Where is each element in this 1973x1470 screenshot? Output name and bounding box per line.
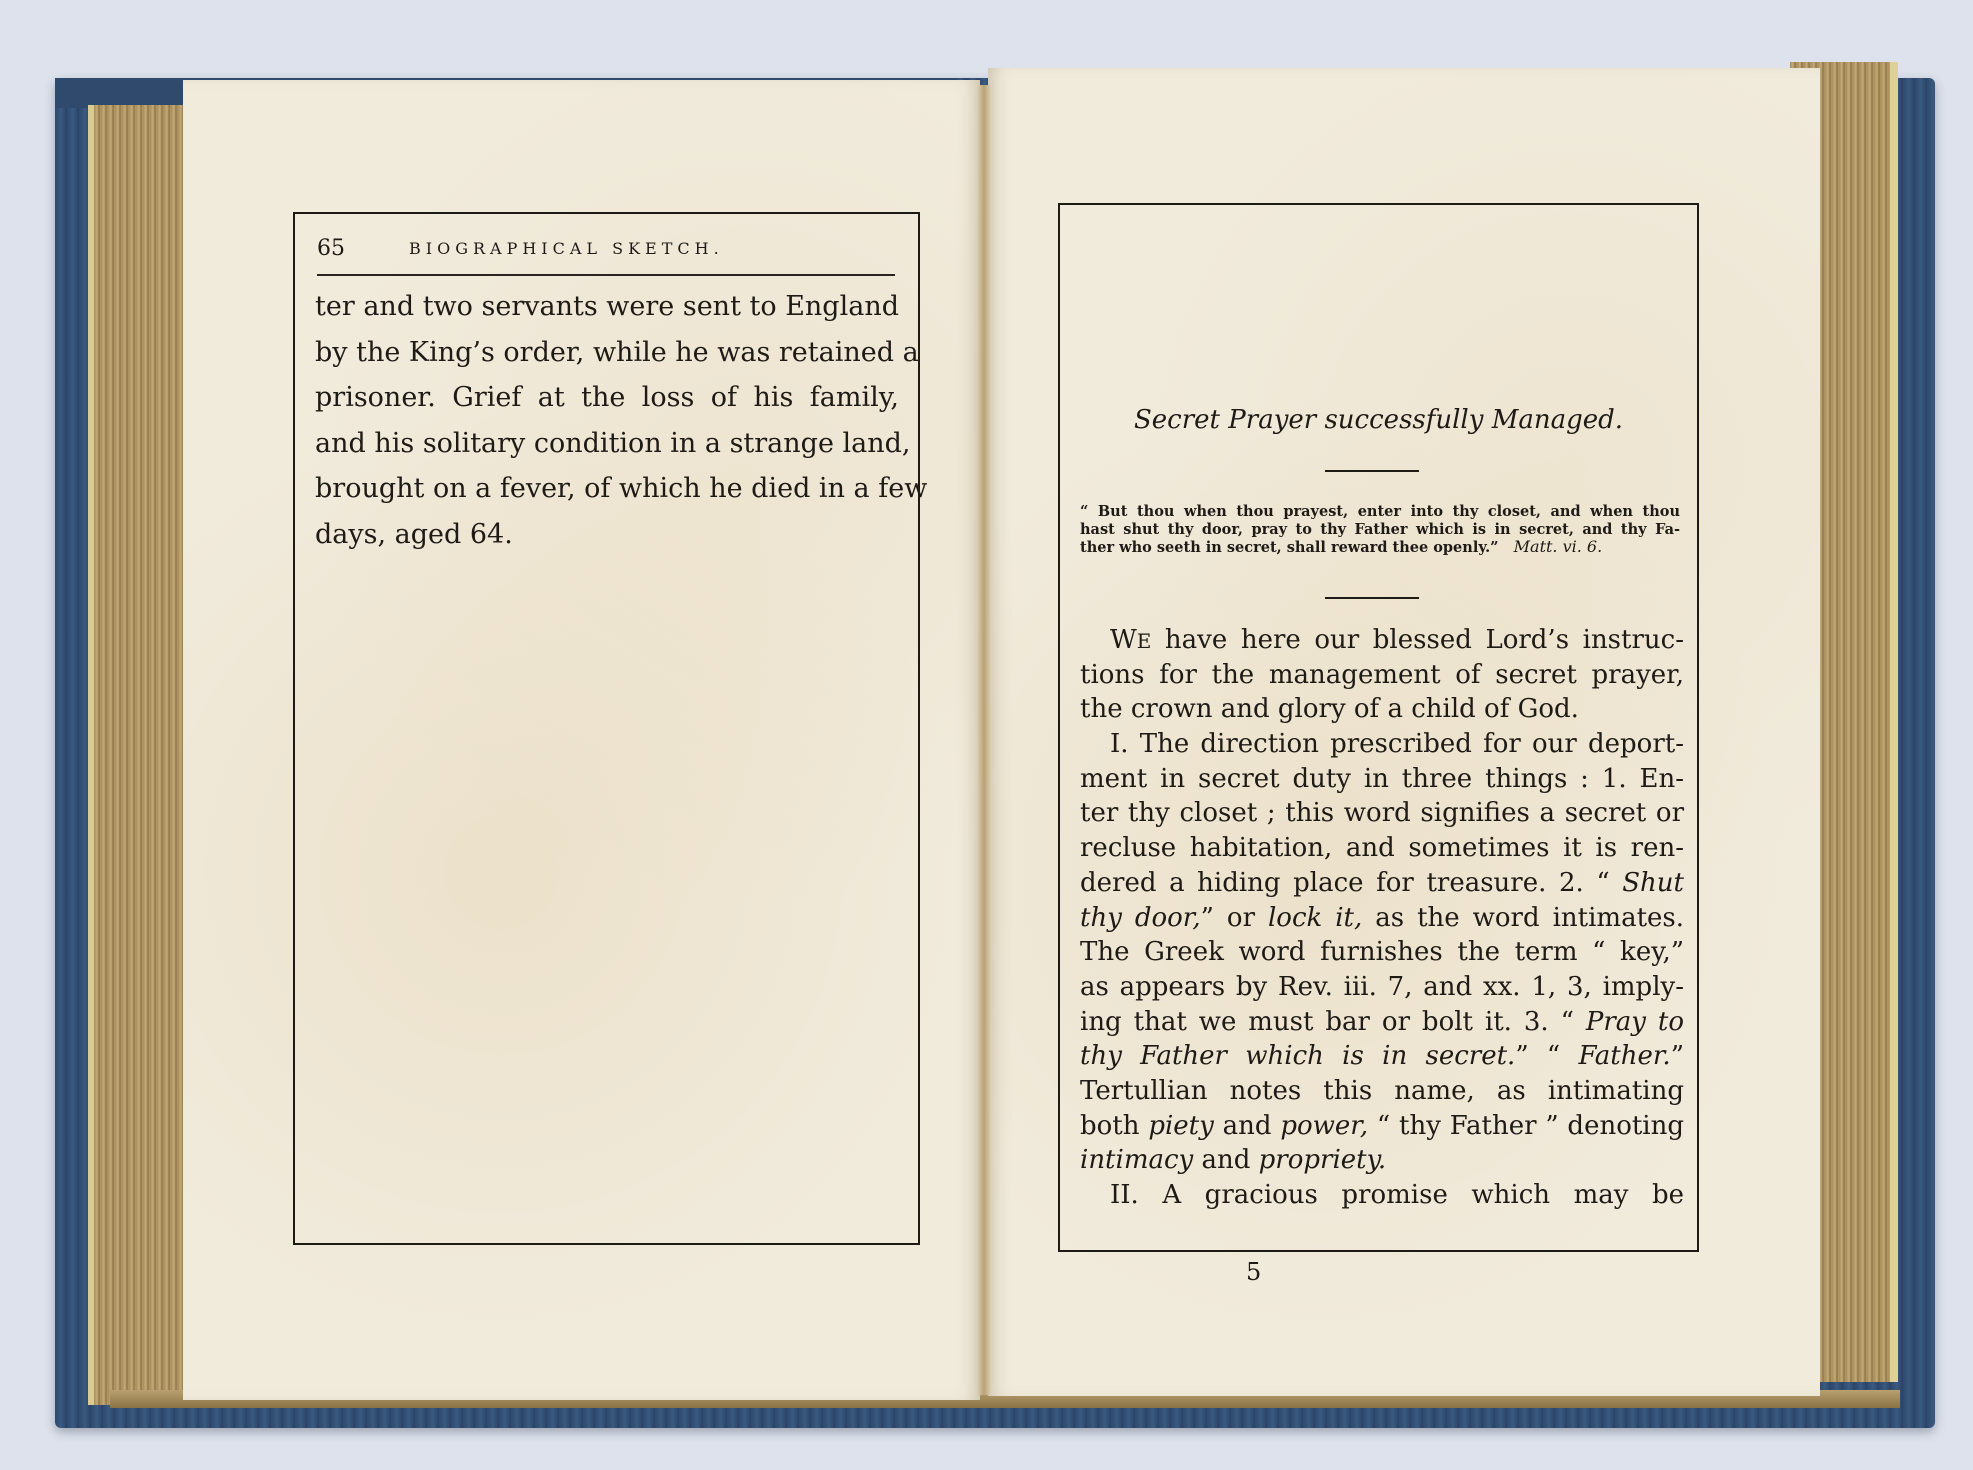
text-line: by the King’s order, while he was retain…	[315, 330, 899, 376]
text-span: as the word intimates.	[1362, 903, 1684, 933]
right-page-text-frame: Secret Prayer successfully Managed. “ Bu…	[1058, 203, 1699, 1252]
text-line: Tertullian notes this name, as intimatin…	[1080, 1074, 1684, 1109]
text-span: ” or	[1201, 903, 1268, 933]
book-gutter	[978, 85, 990, 1395]
text-line: brought on a fever, of which he died in …	[315, 466, 899, 512]
text-line: prisoner. Grief at the loss of his famil…	[315, 375, 899, 421]
page-edges-left	[88, 105, 194, 1405]
text-line: tions for the management of secret praye…	[1080, 658, 1684, 693]
text-line: The Greek word furnishes the term “ key,…	[1080, 935, 1684, 970]
italic-span: power,	[1280, 1111, 1368, 1141]
epigraph-text: ther who seeth in secret, shall reward t…	[1080, 539, 1498, 556]
text-line: ing that we must bar or bolt it. 3. “ Pr…	[1080, 1005, 1684, 1040]
epigraph-line: hast shut thy door, pray to thy Father w…	[1080, 521, 1680, 539]
text-line: the crown and glory of a child of God.	[1080, 692, 1684, 727]
text-line: WE have here our blessed Lord’s instruc-	[1080, 623, 1684, 658]
text-line: dered a hiding place for treasure. 2. “ …	[1080, 866, 1684, 901]
text-line: both piety and power, “ thy Father ” den…	[1080, 1109, 1684, 1144]
running-head-title: BIOGRAPHICAL SKETCH.	[409, 239, 724, 258]
text-span: have here our blessed Lord’s instruc-	[1151, 625, 1684, 655]
text-span: ing that we must bar or bolt it. 3. “	[1080, 1007, 1586, 1037]
italic-span: propriety.	[1259, 1145, 1386, 1175]
italic-span: thy Father which is in secret.	[1080, 1041, 1515, 1071]
text-line: days, aged 64.	[315, 512, 899, 558]
epigraph-divider	[1325, 597, 1419, 599]
small-caps: E	[1137, 629, 1152, 653]
right-page-body: WE have here our blessed Lord’s instruc-…	[1080, 623, 1684, 1213]
drop-word: W	[1110, 625, 1137, 655]
page-number: 65	[317, 236, 345, 261]
page-number-bottom: 5	[1246, 1258, 1261, 1286]
text-span: ”	[1671, 1041, 1684, 1071]
text-line: as appears by Rev. iii. 7, and xx. 1, 3,…	[1080, 970, 1684, 1005]
italic-span: Shut	[1622, 868, 1684, 898]
title-divider	[1325, 470, 1419, 472]
text-line: recluse habitation, and sometimes it is …	[1080, 831, 1684, 866]
left-page-text-frame: 65 BIOGRAPHICAL SKETCH. ter and two serv…	[293, 212, 920, 1245]
italic-span: thy door,	[1080, 903, 1201, 933]
text-line: I. The direction prescribed for our depo…	[1080, 727, 1684, 762]
text-span: “ thy Father ” denoting	[1368, 1111, 1684, 1141]
epigraph-line: “ But thou when thou prayest, enter into…	[1080, 503, 1680, 521]
running-head: 65 BIOGRAPHICAL SKETCH.	[317, 226, 895, 276]
text-line: ter thy closet ; this word signifies a s…	[1080, 796, 1684, 831]
text-line: ment in secret duty in three things : 1.…	[1080, 762, 1684, 797]
text-line: and his solitary condition in a strange …	[315, 421, 899, 467]
epigraph-line-last: ther who seeth in secret, shall reward t…	[1080, 538, 1680, 557]
text-line: thy Father which is in secret.” “ Father…	[1080, 1039, 1684, 1074]
text-line: II. A gracious promise which may be	[1080, 1178, 1684, 1213]
text-span: both	[1080, 1111, 1148, 1141]
text-span: dered a hiding place for treasure. 2. “	[1080, 868, 1622, 898]
epigraph-citation: Matt. vi. 6.	[1514, 537, 1603, 556]
text-span: and	[1193, 1145, 1258, 1175]
italic-span: intimacy	[1080, 1145, 1193, 1175]
left-page-body: ter and two servants were sent to Englan…	[315, 284, 899, 558]
text-span: ” “	[1515, 1041, 1578, 1071]
section-title: Secret Prayer successfully Managed.	[1060, 405, 1697, 435]
text-line: ter and two servants were sent to Englan…	[315, 284, 899, 330]
italic-span: Father.	[1579, 1041, 1671, 1071]
italic-span: lock it,	[1268, 903, 1362, 933]
text-line: thy door,” or lock it, as the word intim…	[1080, 901, 1684, 936]
italic-span: Pray to	[1586, 1007, 1684, 1037]
text-line: intimacy and propriety.	[1080, 1143, 1684, 1178]
text-span: and	[1214, 1111, 1281, 1141]
italic-span: piety	[1148, 1111, 1213, 1141]
epigraph: “ But thou when thou prayest, enter into…	[1080, 503, 1680, 557]
